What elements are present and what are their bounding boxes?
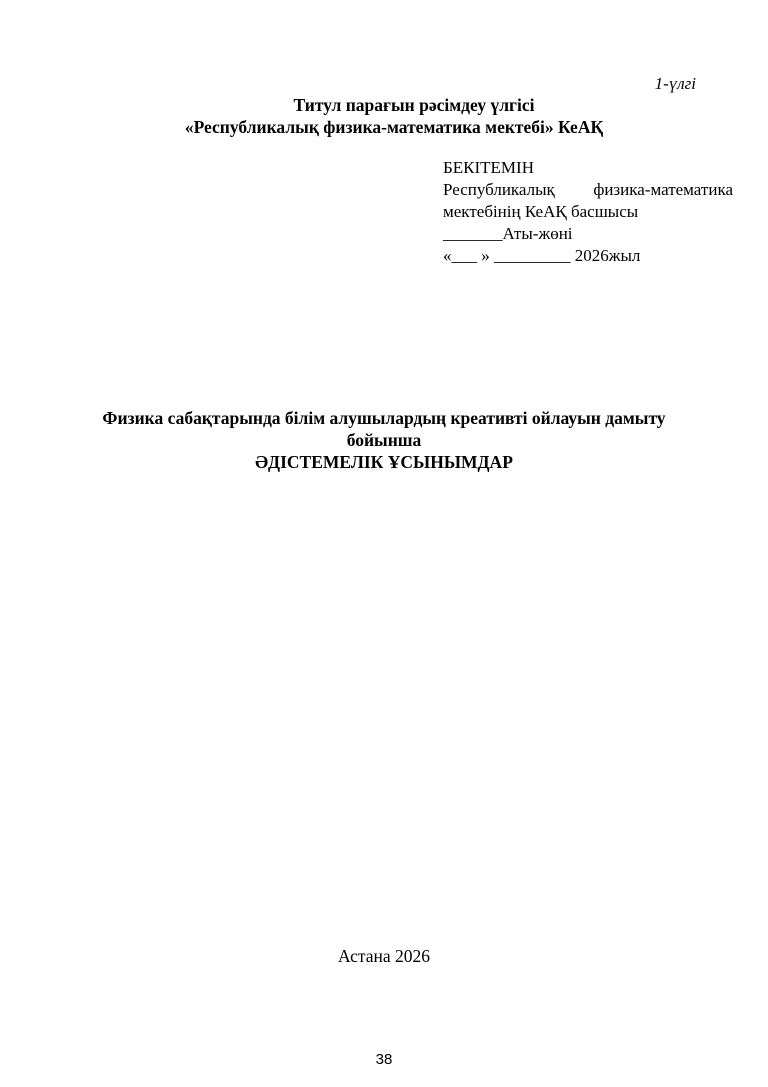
approval-heading: БЕКІТЕМІН xyxy=(443,157,733,179)
approval-org-left: Республикалық xyxy=(443,179,555,201)
header-organization: «Республикалық физика-математика мектебі… xyxy=(20,116,768,138)
sample-label: 1-үлгі xyxy=(655,74,696,94)
header-title: Титул парағын рәсімдеу үлгісі xyxy=(60,94,768,116)
page-number: 38 xyxy=(0,1051,768,1068)
approval-line-organization: Республикалық физика-математика xyxy=(443,179,733,201)
approval-org-right: физика-математика xyxy=(593,179,733,201)
approval-line-position: мектебінің КеАҚ басшысы xyxy=(443,201,733,223)
approval-line-signature: _______Аты-жөні xyxy=(443,223,733,245)
approval-line-date: «___ » _________ 2026жыл xyxy=(443,245,733,267)
main-title-line1: Физика сабақтарында білім алушылардың кр… xyxy=(60,407,708,429)
main-title-line2: бойынша xyxy=(60,429,708,451)
city-year: Астана 2026 xyxy=(0,946,768,967)
main-title: Физика сабақтарында білім алушылардың кр… xyxy=(60,407,708,473)
main-title-line3: ӘДІСТЕМЕЛІК ҰСЫНЫМДАР xyxy=(60,451,708,473)
approval-block: БЕКІТЕМІН Республикалық физика-математик… xyxy=(443,157,733,267)
document-header: Титул парағын рәсімдеу үлгісі «Республик… xyxy=(0,94,768,138)
